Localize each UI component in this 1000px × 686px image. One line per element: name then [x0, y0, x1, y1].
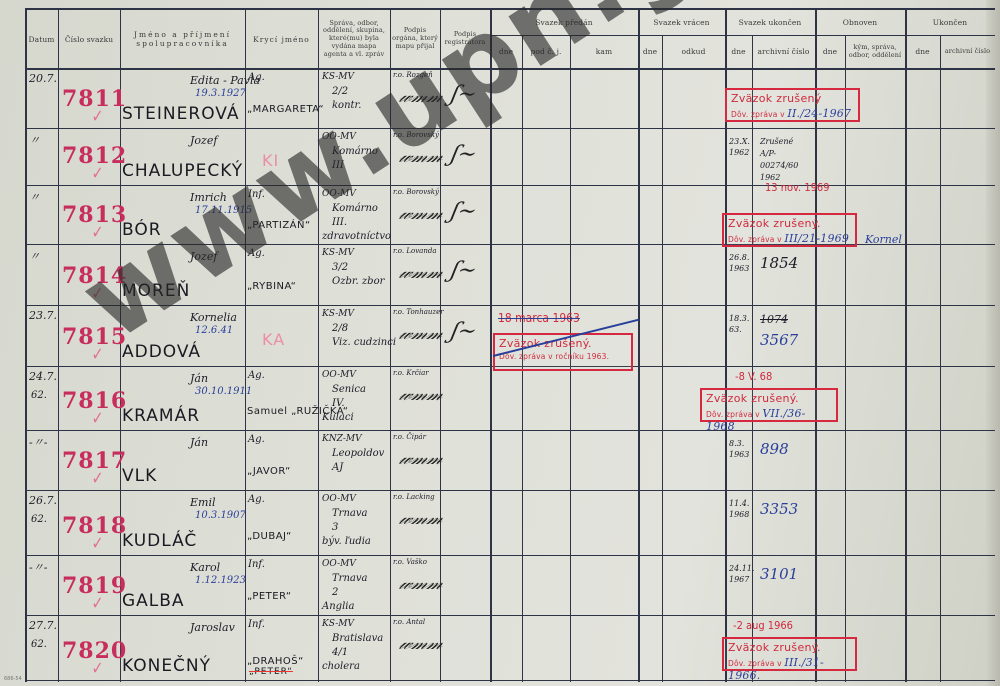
row-datum: 23.7.	[29, 309, 57, 322]
row-organ-name: r.o. Lacking	[393, 493, 435, 501]
row-kryci-type: Ag.	[248, 370, 265, 381]
row-first-name: Ján	[190, 372, 208, 385]
check-mark-icon: ✓	[92, 222, 104, 243]
row-stamp-date: -8 V. 68	[735, 370, 772, 383]
ledger-page: Datum Číslo svazku Jméno a příjmení spol…	[0, 0, 1000, 686]
row-organ-name: r.o. Vaško	[393, 558, 427, 566]
row-kryci-jmeno: „MARGARETA“	[247, 104, 324, 115]
row-ukoncen-dne: 11.4. 1968	[729, 498, 751, 520]
row-kryci-struck: „PETER“	[249, 667, 293, 677]
row-kryci-type: Inf.	[248, 189, 265, 200]
stamp-title: Zväzok zrušený.	[706, 392, 832, 405]
row-ukoncen-dne: 18.3. 63.	[729, 313, 751, 335]
row-datum: 〃	[29, 132, 40, 148]
row-organ-name: r.o. Rozgeň	[393, 71, 433, 79]
row-sprava-line: OO-MV	[322, 370, 356, 380]
header-ukoncen2-dne: dne	[905, 35, 940, 68]
header-predan-pod-cj: pod č. j.	[522, 35, 570, 68]
row-archivni-cislo: 3353	[760, 500, 798, 518]
row-organ-name: r.o. Lovanda	[393, 247, 437, 255]
row-sprava-line: Senica	[332, 384, 366, 395]
row-datum: 27.7.	[29, 619, 57, 632]
row-sprava-line: 4/1	[332, 647, 348, 658]
signature-registrator-icon: ʃ~	[447, 142, 481, 167]
row-archivni-cislo: 3567	[760, 331, 798, 349]
grid-line	[662, 35, 663, 682]
row-surname: BÓR	[122, 220, 162, 240]
row-sprava-line: Trnava	[332, 508, 367, 519]
row-kryci-jmeno: „DRAHOŠ“	[247, 656, 304, 667]
page-edge	[986, 0, 1000, 686]
stamp-handwritten-ref: III/21-1969	[784, 232, 849, 245]
grid-line	[25, 305, 995, 306]
row-kryci-type: Ag.	[248, 248, 265, 259]
grid-line	[845, 35, 846, 682]
row-ukoncen-dne: 8.3. 1963	[729, 438, 751, 460]
check-mark-icon: ✓	[92, 593, 104, 614]
row-archivni-cislo-struck: 1074	[760, 313, 788, 326]
row-sprava-line: KS-MV	[322, 248, 354, 258]
grid-line	[58, 8, 59, 682]
grid-line	[638, 8, 640, 682]
stamp-subtitle: Dôv. zpráva v VII./36-1968	[706, 407, 832, 433]
row-sprava-line: AJ	[332, 462, 343, 473]
row-sprava-line: KS-MV	[322, 619, 354, 629]
row-kryci-type: Inf.	[248, 559, 265, 570]
row-sprava-line: KS-MV	[322, 72, 354, 82]
row-sprava-line: III	[332, 160, 344, 171]
row-datum: 26.7.	[29, 494, 57, 507]
row-sprava-line: OO-MV	[322, 494, 356, 504]
row-organ-name: r.o. Borovský	[393, 131, 439, 139]
check-mark-icon: ✓	[92, 533, 104, 554]
row-birth-date: 30.10.1911	[195, 386, 252, 397]
stamp-handwritten-ref: VII./36-1968	[706, 407, 806, 433]
grid-line	[25, 615, 995, 616]
header-predan-kam: kam	[570, 35, 638, 68]
row-sprava-line: 2/8	[332, 323, 348, 334]
row-archivni-cislo: 3101	[760, 565, 798, 583]
row-surname: KONEČNÝ	[122, 656, 211, 676]
row-kryci-jmeno: „PETER“	[247, 591, 292, 602]
row-organ-name: r.o. Borovský	[393, 188, 439, 196]
row-birth-date: 12.6.41	[195, 325, 233, 336]
signature-organ-icon: 𝓌𝓂𝓂	[396, 203, 447, 224]
signature-organ-icon: 𝓌𝓂𝓂	[396, 86, 447, 107]
row-organ-name: r.o. Krčiar	[393, 369, 429, 377]
signature-registrator-icon: ʃ~	[447, 319, 481, 344]
row-kryci-jmeno: „RYBINA“	[247, 281, 296, 292]
row-kryci-jmeno: „JAVOR“	[247, 466, 291, 477]
header-obnoven: Obnoven	[815, 10, 905, 35]
grid-line	[25, 68, 995, 70]
check-mark-icon: ✓	[92, 344, 104, 365]
row-kryci-jmeno: KA	[262, 330, 285, 349]
row-surname: KUDLÁČ	[122, 531, 197, 551]
row-sprava-line: OO-MV	[322, 132, 356, 142]
row-organ-name: r.o. Tonhauzer	[393, 308, 444, 316]
header-svazek-vracen: Svazek vrácen	[638, 10, 725, 35]
row-archivni-cislo: Zrušené A/P-00274/60 1962	[760, 136, 810, 184]
grid-line	[25, 128, 995, 129]
row-sprava-line: 3/2	[332, 262, 348, 273]
header-svazek-ukoncen: Svazek ukončen	[725, 10, 815, 35]
row-kryci-type: Ag.	[248, 72, 265, 83]
row-ukoncen-dne: 23.X. 1962	[729, 136, 751, 158]
row-stamp-date: -2 aug 1966	[733, 619, 793, 632]
grid-line	[25, 430, 995, 431]
header-podpis-organu: Podpis orgána, který mapu přijal	[391, 10, 439, 68]
row-kryci-jmeno: KI	[262, 151, 279, 170]
row-datum: 20.7.	[29, 72, 57, 85]
header-obnoven-dne: dne	[815, 35, 845, 68]
row-birth-date: 19.3.1927	[195, 88, 246, 99]
row-kryci-type: Ag.	[248, 494, 265, 505]
row-sprava-line: Viz. cudzinci	[332, 337, 396, 348]
footer-code: 686-54	[4, 676, 22, 682]
grid-line	[25, 8, 27, 682]
header-sprava: Správa, odbor, oddělení, skupina, které(…	[320, 10, 388, 68]
check-mark-icon: ✓	[92, 163, 104, 184]
row-first-name: Jaroslav	[190, 621, 235, 634]
row-birth-date: 17.11.1915	[195, 205, 252, 216]
signature-organ-icon: 𝓌𝓂𝓂	[396, 262, 447, 283]
row-archivni-cislo: 1854	[760, 254, 798, 272]
row-datum-year: 62.	[31, 390, 47, 401]
row-sprava-line: OO-MV	[322, 189, 356, 199]
cancelled-stamp: Zväzok zrušenýDôv. zpráva v II./24-1967	[725, 88, 860, 122]
row-sprava-line: cholera	[322, 661, 360, 672]
row-sprava-line: KS-MV	[322, 309, 354, 319]
cancelled-stamp: Zväzok zrušený.Dôv. zpráva v VII./36-196…	[700, 388, 838, 422]
row-datum: -〃-	[29, 434, 47, 450]
signature-organ-icon: 𝓌𝓂𝓂	[396, 323, 447, 344]
grid-line	[905, 8, 907, 682]
header-obnoven-kym: kým, správa, odbor, oddělení	[845, 35, 905, 68]
row-sprava-line: IV.	[332, 398, 345, 409]
row-surname: GALBA	[122, 591, 185, 611]
cancelled-stamp: Zväzok zrušený.Dôv. zpráva v III./31-196…	[722, 637, 857, 671]
row-surname: ADDOVÁ	[122, 342, 201, 362]
row-sprava-line: KNZ-MV	[322, 434, 362, 444]
grid-line	[25, 185, 995, 186]
row-sprava-line: Trnava	[332, 573, 367, 584]
row-datum-year: 62.	[31, 514, 47, 525]
row-datum: 24.7.	[29, 370, 57, 383]
row-sprava-line: Anglia	[322, 601, 354, 612]
row-first-name: Jozef	[190, 134, 217, 147]
grid-line	[25, 555, 995, 556]
signature-organ-icon: 𝓌𝓂𝓂	[396, 146, 447, 167]
check-mark-icon: ✓	[92, 106, 104, 127]
header-ukoncen-archivni-cislo: archivní číslo	[752, 35, 815, 68]
stamp-subtitle: Dôv. zpráva v ročníku 1963.	[499, 352, 627, 361]
stamp-handwritten-ref: III./31-1966.	[728, 656, 824, 682]
row-surname: MOREŇ	[122, 281, 190, 301]
stamp-handwritten-ref: II./24-1967	[787, 107, 851, 120]
signature-organ-icon: 𝓌𝓂𝓂	[396, 384, 447, 405]
row-sprava-line: OO-MV	[322, 559, 356, 569]
row-kryci-type: Inf.	[248, 619, 265, 630]
stamp-title: Zväzok zrušený	[731, 92, 854, 105]
grid-line	[940, 35, 941, 682]
row-surname: VLK	[122, 466, 157, 486]
stamp-title: Zväzok zrušený.	[728, 641, 851, 654]
header-cislo-svazku: Číslo svazku	[58, 10, 120, 68]
row-sprava-line: III.	[332, 217, 347, 228]
grid-line	[752, 35, 753, 682]
header-vracen-odkud: odkud	[662, 35, 725, 68]
signature-organ-icon: 𝓌𝓂𝓂	[396, 508, 447, 529]
row-first-name: Jozef	[190, 250, 217, 263]
signature-organ-icon: 𝓌𝓂𝓂	[396, 573, 447, 594]
header-ukoncen: Ukončen	[905, 10, 995, 35]
check-mark-icon: ✓	[92, 408, 104, 429]
row-predan-stamp-date: 18 marca 1963	[498, 311, 580, 325]
row-surname: STEINEROVÁ	[122, 104, 239, 124]
header-vracen-dne: dne	[638, 35, 662, 68]
row-sprava-line: Kulaci	[322, 412, 354, 423]
signature-registrator-icon: ʃ~	[447, 258, 481, 283]
row-sprava-line: Bratislava	[332, 633, 383, 644]
check-mark-icon: ✓	[92, 658, 104, 679]
row-sprava-line: 2/2	[332, 86, 348, 97]
stamp-subtitle: Dôv. zpráva v II./24-1967	[731, 107, 854, 120]
row-birth-date: 10.3.1907	[195, 510, 246, 521]
row-stamp-date: 13 nov. 1969	[765, 181, 830, 194]
row-datum: 〃	[29, 248, 40, 264]
signature-registrator-icon: ʃ~	[447, 82, 481, 107]
row-surname: KRAMÁR	[122, 406, 200, 426]
row-organ-name: r.o. Antal	[393, 618, 425, 626]
grid-line	[25, 490, 995, 491]
row-first-name: Ján	[190, 436, 208, 449]
row-ukoncen-dne: 24.11. 1967	[729, 563, 751, 585]
signature-organ-icon: 𝓌𝓂𝓂	[396, 448, 447, 469]
stamp-subtitle: Dôv. zpráva v III/21-1969	[728, 232, 851, 245]
row-ukoncen-dne: 26.8. 1963	[729, 252, 751, 274]
stamp-subtitle: Dôv. zpráva v III./31-1966.	[728, 656, 851, 682]
row-sprava-line: 3	[332, 522, 338, 533]
grid-line	[490, 8, 492, 682]
row-organ-name: r.o. Čipár	[393, 433, 426, 441]
check-mark-icon: ✓	[92, 283, 104, 304]
row-sprava-line: 2	[332, 587, 338, 598]
signature-organ-icon: 𝓌𝓂𝓂	[396, 633, 447, 654]
header-kryci-jmeno: Krycí jméno	[245, 10, 318, 68]
row-archivni-cislo: 898	[760, 440, 789, 458]
row-first-name: Imrich	[190, 191, 227, 204]
row-kryci-jmeno: „DUBAJ“	[247, 531, 292, 542]
row-sprava-line: kontr.	[332, 100, 361, 111]
row-sprava-line: Komárno	[332, 146, 378, 157]
header-svazek-predan: Svazek předán	[490, 10, 638, 35]
row-birth-date: 1.12.1923	[195, 575, 246, 586]
stamp-extra-note: Kornel	[865, 233, 902, 246]
row-sprava-line: Ozbr. zbor	[332, 276, 384, 287]
cancelled-stamp: Zväzok zrušený.Dôv. zpráva v III/21-1969	[722, 213, 857, 247]
row-kryci-jmeno: „PARTIZÁN“	[247, 220, 311, 231]
row-sprava-line: býv. ľudia	[322, 536, 371, 547]
row-surname: CHALUPECKÝ	[122, 161, 243, 181]
stamp-title: Zväzok zrušený.	[728, 217, 851, 230]
row-first-name: Karol	[190, 561, 220, 574]
row-kryci-type: Ag.	[248, 434, 265, 445]
signature-registrator-icon: ʃ~	[447, 199, 481, 224]
row-sprava-line: Komárno	[332, 203, 378, 214]
header-ukoncen-dne: dne	[725, 35, 752, 68]
header-ukoncen2-archivni-cislo: archivní číslo	[940, 35, 995, 68]
row-sprava-line: zdravotníctvo	[322, 231, 391, 242]
row-sprava-line: Leopoldov	[332, 448, 384, 459]
header-datum: Datum	[25, 10, 58, 68]
header-jmeno: Jméno a příjmení spolupracovníka	[125, 10, 240, 68]
header-predan-dne: dne	[490, 35, 522, 68]
header-podpis-registratora: Podpis registrátora	[441, 10, 489, 68]
row-datum: -〃-	[29, 559, 47, 575]
check-mark-icon: ✓	[92, 468, 104, 489]
row-datum-year: 62.	[31, 639, 47, 650]
row-first-name: Kornelia	[190, 311, 237, 324]
row-first-name: Emil	[190, 496, 216, 509]
row-datum: 〃	[29, 189, 40, 205]
